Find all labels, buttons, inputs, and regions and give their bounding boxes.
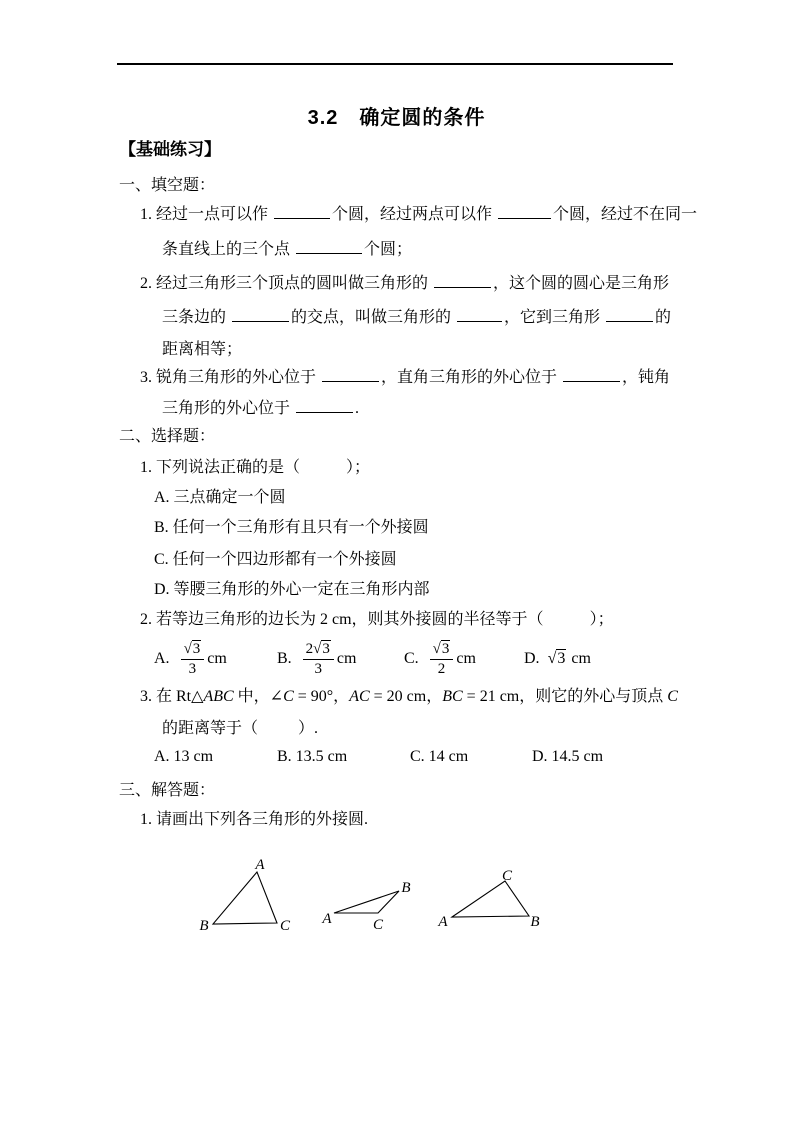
choice-q1-option-d: D. 等腰三角形的外心一定在三角形内部 (154, 579, 430, 601)
choice-q2-option-b: B.2√33cm (277, 638, 356, 680)
solve-q1-stem: 1. 请画出下列各三角形的外接圆. (140, 809, 368, 831)
choice-q3-option-a: A. 13 cm (154, 746, 213, 768)
answer-blank (232, 305, 289, 322)
fill-q1-line1: 1. 经过一点可以作 个圆，经过两点可以作 个圆，经过不在同一 (140, 202, 697, 226)
spacer (258, 732, 298, 733)
spacer (540, 659, 548, 660)
answer-blank (322, 365, 379, 382)
basic-practice-header: 【基础练习】 (119, 139, 221, 161)
fraction: √32 (430, 641, 454, 677)
choice-q1-option-c: C. 任何一个四边形都有一个外接圆 (154, 549, 397, 571)
spacer (300, 471, 346, 472)
choice-q2-option-a: A.√33cm (154, 638, 227, 680)
choice-q1-option-b: B. 任何一个三角形有且只有一个外接圆 (154, 517, 429, 539)
answer-blank (457, 305, 502, 322)
choice-q1-option-a: A. 三点确定一个圆 (154, 487, 286, 509)
answer-blank (296, 396, 353, 413)
choice-q2-option-c: C.√32cm (404, 638, 476, 680)
square-root: √3 (313, 640, 331, 657)
answer-blank (434, 271, 491, 288)
solve-section-header: 三、解答题： (119, 780, 215, 802)
obtuse-triangle (334, 891, 399, 913)
answer-blank (296, 237, 362, 254)
fill-q2-line3: 距离相等； (162, 339, 242, 361)
header-rule (117, 63, 673, 65)
fill-q3-line2: 三角形的外心位于 . (162, 396, 359, 420)
math-variable: ABC (203, 688, 233, 705)
math-variable: C (667, 688, 678, 705)
fill-section-header: 一、填空题： (119, 175, 215, 197)
choice-q3-line2: 的距离等于（）. (162, 718, 318, 740)
answer-blank (606, 305, 653, 322)
fill-q3-line1: 3. 锐角三角形的外心位于 ，直角三角形的外心位于 ，钝角 (140, 365, 670, 389)
vertex-label-C: C (502, 868, 513, 884)
square-root: √3 (548, 650, 567, 668)
answer-blank (274, 202, 330, 219)
choice-q2-option-d: D.√3cm (524, 638, 591, 680)
choice-q2-stem: 2. 若等边三角形的边长为 2 cm，则其外接圆的半径等于（）； (140, 609, 614, 631)
acute-triangle (213, 872, 277, 924)
scalene-triangle (452, 881, 529, 917)
spacer (544, 623, 590, 624)
vertex-label-A: A (437, 914, 448, 930)
vertex-label-A: A (321, 911, 332, 927)
spacer (566, 659, 571, 660)
choice-q3-option-d: D. 14.5 cm (532, 746, 603, 768)
choice-q1-stem: 1. 下列说法正确的是（）； (140, 457, 370, 479)
vertex-label-B: B (199, 918, 208, 934)
spacer (419, 659, 427, 660)
square-root: √3 (433, 640, 451, 657)
vertex-label-A: A (254, 857, 265, 873)
choice-q3-option-b: B. 13.5 cm (277, 746, 347, 768)
choice-section-header: 二、选择题： (119, 426, 215, 448)
fill-q2-line2: 三条边的 的交点，叫做三角形的 ，它到三角形 的 (162, 305, 671, 329)
spacer (292, 659, 300, 660)
fraction: √33 (181, 641, 205, 677)
math-variable: C (283, 688, 294, 705)
worksheet-page: 3.2 确定圆的条件 【基础练习】 一、填空题： 1. 经过一点可以作 个圆，经… (0, 0, 793, 1122)
fill-q2-line1: 2. 经过三角形三个顶点的圆叫做三角形的 ，这个圆的圆心是三角形 (140, 271, 669, 295)
answer-blank (563, 365, 620, 382)
vertex-label-C: C (373, 917, 384, 933)
page-title: 3.2 确定圆的条件 (0, 101, 793, 130)
triangles-figure: ABCABCACB (180, 845, 560, 950)
vertex-label-C: C (280, 918, 291, 934)
choice-q3-line1: 3. 在 Rt△ABC 中，∠C = 90°，AC = 20 cm，BC = 2… (140, 686, 678, 708)
choice-q3-option-c: C. 14 cm (410, 746, 468, 768)
fill-q1-line2: 条直线上的三个点 个圆； (162, 237, 412, 261)
vertex-label-B: B (401, 880, 410, 896)
spacer (170, 659, 178, 660)
math-variable: AC (349, 688, 369, 705)
vertex-label-B: B (530, 914, 539, 930)
fraction: 2√33 (303, 641, 334, 677)
math-variable: BC (442, 688, 462, 705)
square-root: √3 (184, 640, 202, 657)
answer-blank (498, 202, 551, 219)
